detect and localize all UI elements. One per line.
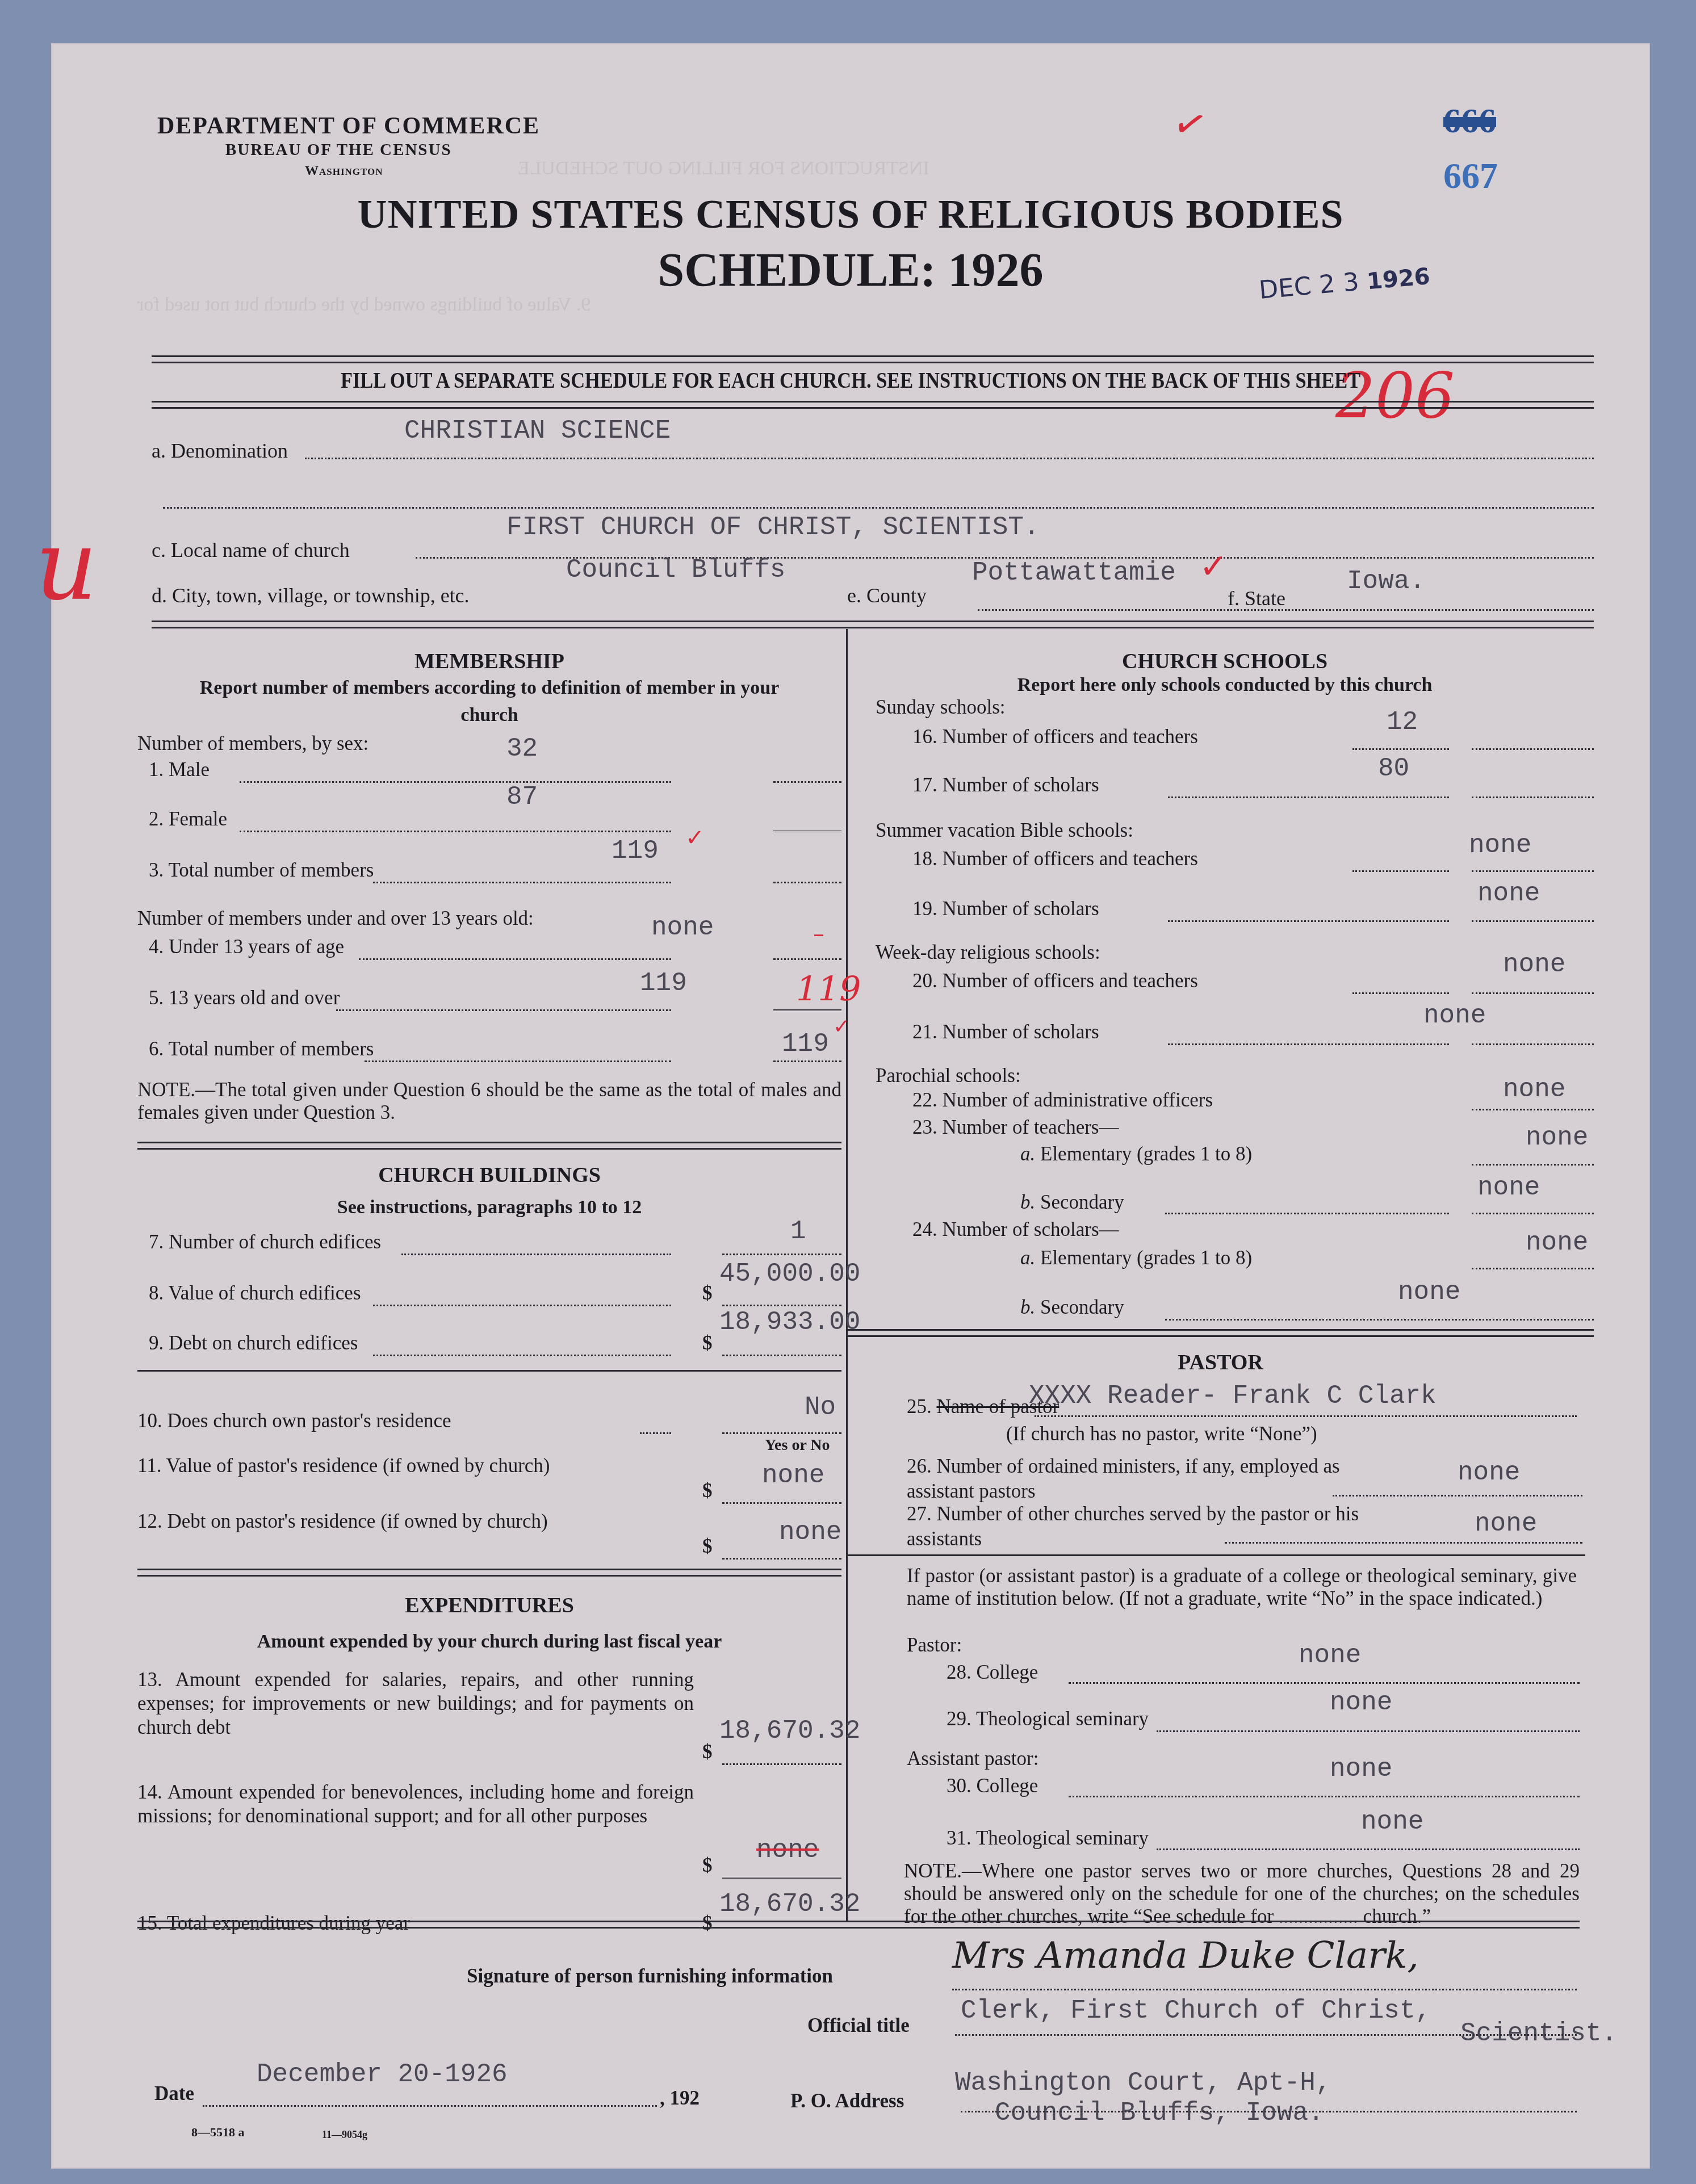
divider xyxy=(137,1921,1580,1929)
parochial-teachers-sec-field[interactable]: none xyxy=(1477,1173,1540,1202)
over13-field[interactable]: 119 xyxy=(640,969,687,998)
by-age-label: Number of members under and over 13 year… xyxy=(137,907,534,930)
signature-label: Signature of person furnishing informati… xyxy=(467,1965,833,1988)
date-field[interactable]: December 20-1926 xyxy=(257,2060,508,2089)
county-field[interactable]: Pottawattamie xyxy=(972,558,1176,588)
leader-dots xyxy=(1168,1043,1449,1045)
school-row-24b: b. Secondary xyxy=(1020,1296,1124,1319)
city-field[interactable]: Council Bluffs xyxy=(566,555,785,585)
residence-row-debt: 12. Debt on pastor's residence (if owned… xyxy=(137,1508,677,1535)
print-code: 11—9054g xyxy=(322,2129,367,2141)
leader-dots xyxy=(1069,1796,1580,1797)
expenditure-row-benevolence: 14. Amount expended for benevolences, in… xyxy=(137,1780,694,1828)
school-row-24: 24. Number of scholars— xyxy=(912,1218,1119,1241)
group-label-weekday: Week-day religious schools: xyxy=(876,941,1100,964)
red-handwritten-119: 119 xyxy=(796,970,861,1009)
dollar-sign: $ xyxy=(702,1535,713,1558)
membership-subtitle: Report number of members according to de… xyxy=(189,674,790,729)
buildings-row-value: 8. Value of church edifices xyxy=(149,1282,361,1305)
red-check-icon: ✓ xyxy=(685,825,705,851)
check-column-line xyxy=(1472,870,1594,872)
education-intro: If pastor (or assistant pastor) is a gra… xyxy=(907,1565,1577,1610)
parochial-scholars-elem-field[interactable]: none xyxy=(1526,1228,1588,1257)
group-label-summer: Summer vacation Bible schools: xyxy=(876,819,1133,842)
school-row-17: 17. Number of scholars xyxy=(912,774,1099,797)
county-label: e. County xyxy=(847,584,927,607)
summer-scholars-field[interactable]: none xyxy=(1477,879,1540,908)
school-row-20: 20. Number of officers and teachers xyxy=(912,970,1198,992)
education-row-29: 29. Theological seminary xyxy=(947,1708,1149,1730)
buildings-subtitle: See instructions, paragraphs 10 to 12 xyxy=(137,1197,841,1218)
page-title: UNITED STATES CENSUS OF RELIGIOUS BODIES xyxy=(52,191,1649,238)
male-count-field[interactable]: 32 xyxy=(506,734,538,764)
po-address-field[interactable]: Washington Court, Apt-H, xyxy=(955,2068,1331,2098)
pastor-title: PASTOR xyxy=(847,1350,1594,1375)
instruction-banner: FILL OUT A SEPARATE SCHEDULE FOR EACH CH… xyxy=(164,367,1537,393)
red-check-icon: ✓ xyxy=(1199,547,1228,586)
check-column-line xyxy=(1472,920,1594,922)
value-line xyxy=(722,1305,841,1306)
parochial-scholars-sec-field[interactable]: none xyxy=(1398,1277,1460,1307)
date-suffix: , 192 xyxy=(660,2087,700,2110)
check-column-line xyxy=(1472,1109,1594,1110)
divider xyxy=(152,621,1594,628)
local-name-field[interactable]: FIRST CHURCH OF CHRIST, SCIENTIST. xyxy=(506,513,1040,542)
schools-subtitle: Report here only schools conducted by th… xyxy=(856,674,1594,696)
school-row-23: 23. Number of teachers— xyxy=(912,1116,1119,1139)
value-line xyxy=(722,1558,841,1560)
check-column-line xyxy=(1472,1213,1594,1214)
leader-dots xyxy=(240,781,671,783)
check-column-line xyxy=(773,882,841,883)
residence-value-field[interactable]: none xyxy=(762,1461,824,1490)
denomination-label: a. Denomination xyxy=(152,439,288,463)
school-row-18: 18. Number of officers and teachers xyxy=(912,848,1198,870)
check-column-line xyxy=(773,958,841,960)
leader-dots xyxy=(240,831,671,832)
leader-dots xyxy=(373,882,671,883)
membership-row-total2: 6. Total number of members xyxy=(149,1038,374,1060)
leader-dots xyxy=(336,1009,671,1011)
official-title-label: Official title xyxy=(807,2014,910,2037)
weekday-scholars-field[interactable]: none xyxy=(1423,1001,1486,1030)
divider xyxy=(137,1142,841,1150)
blank-line xyxy=(163,507,1594,509)
buildings-row-debt: 9. Debt on church edifices xyxy=(149,1332,358,1355)
official-title-field-line2[interactable]: Scientist. xyxy=(1460,2019,1617,2048)
assistant-pastors-field[interactable]: none xyxy=(1458,1458,1520,1487)
female-count-field[interactable]: 87 xyxy=(506,782,538,812)
edifice-count-field[interactable]: 1 xyxy=(790,1217,806,1246)
denomination-field[interactable]: CHRISTIAN SCIENCE xyxy=(404,416,671,446)
membership-title: MEMBERSHIP xyxy=(137,649,841,674)
leader-dots xyxy=(1157,1730,1580,1732)
serial-number-crossed: 666 xyxy=(1443,101,1496,141)
leader-dots xyxy=(1035,1415,1577,1417)
weekday-teachers-field[interactable]: none xyxy=(1503,950,1565,979)
membership-row-total: 3. Total number of members xyxy=(149,859,374,882)
check-column-line xyxy=(773,1060,841,1062)
total-members-field[interactable]: 119 xyxy=(612,836,659,866)
leader-dots xyxy=(1352,992,1449,994)
value-line xyxy=(722,1355,841,1356)
group-label-parochial: Parochial schools: xyxy=(876,1064,1021,1087)
leader-dots xyxy=(1352,748,1449,750)
sunday-scholars-field[interactable]: 80 xyxy=(1378,754,1409,783)
check-column-line xyxy=(1472,797,1594,798)
owns-residence-field[interactable]: No xyxy=(805,1393,836,1422)
assistant-subsection-label: Assistant pastor: xyxy=(907,1747,1038,1770)
leader-dots xyxy=(1333,1495,1582,1496)
pastor-name-field[interactable]: XXXX Reader- Frank C Clark xyxy=(1029,1381,1437,1411)
leader-dots xyxy=(203,2105,657,2107)
check-column-line xyxy=(1472,1268,1594,1269)
dollar-sign: $ xyxy=(702,1332,713,1355)
leader-dots xyxy=(952,1989,1577,1990)
yes-no-hint: Yes or No xyxy=(765,1436,830,1454)
school-row-23b: b. Secondary xyxy=(1020,1191,1124,1214)
check-column-line xyxy=(1472,1164,1594,1166)
state-field[interactable]: Iowa. xyxy=(1347,567,1425,596)
school-row-19: 19. Number of scholars xyxy=(912,898,1099,920)
leader-dots xyxy=(1069,1682,1580,1684)
check-column-line xyxy=(1472,1043,1594,1045)
bleed-through-text: INSTRUCTIONS FOR FILLING OUT SCHEDULE xyxy=(518,158,929,179)
leader-dots xyxy=(373,1355,671,1356)
check-column-line xyxy=(773,1009,841,1011)
department-name: DEPARTMENT OF COMMERCE xyxy=(157,112,540,140)
school-row-23a: a. Elementary (grades 1 to 8) xyxy=(1020,1143,1252,1166)
pastor-college-field[interactable]: none xyxy=(1299,1641,1361,1670)
membership-row-under13: 4. Under 13 years of age xyxy=(149,936,344,958)
divider xyxy=(137,1569,841,1577)
residence-debt-field[interactable]: none xyxy=(779,1518,841,1547)
parochial-officers-field[interactable]: none xyxy=(1503,1075,1565,1104)
school-row-24a: a. Elementary (grades 1 to 8) xyxy=(1020,1247,1252,1269)
local-name-label: c. Local name of church xyxy=(152,538,350,562)
school-row-21: 21. Number of scholars xyxy=(912,1021,1099,1043)
divider xyxy=(137,1370,841,1372)
divider xyxy=(847,1329,1594,1337)
dollar-sign: $ xyxy=(702,1854,713,1877)
pastor-note: NOTE.—Where one pastor serves two or mor… xyxy=(904,1860,1580,1928)
expenditure-row-running: 13. Amount expended for salaries, repair… xyxy=(137,1668,694,1739)
official-title-field[interactable]: Clerk, First Church of Christ, xyxy=(961,1996,1431,2026)
leader-dots xyxy=(1225,1542,1582,1544)
check-column-line xyxy=(773,781,841,783)
other-churches-label: 27. Number of other churches served by t… xyxy=(907,1502,1361,1552)
red-check-icon: ✓ xyxy=(1168,98,1212,151)
leader-dots xyxy=(640,1432,671,1434)
value-line xyxy=(722,1254,841,1255)
red-dash-mark: – xyxy=(813,921,824,948)
membership-row-male: 1. Male xyxy=(149,758,841,781)
membership-note: NOTE.—The total given under Question 6 s… xyxy=(137,1079,841,1124)
leader-dots xyxy=(373,1305,671,1306)
total-members2-field[interactable]: 119 xyxy=(782,1029,829,1059)
dollar-sign: $ xyxy=(702,1282,713,1305)
buildings-row-edifices: 7. Number of church edifices xyxy=(149,1231,381,1254)
total-expenditures-field[interactable]: 18,670.32 xyxy=(719,1889,860,1919)
county-state-line xyxy=(978,609,1594,611)
education-row-28: 28. College xyxy=(947,1661,1038,1684)
leader-dots xyxy=(955,2034,1577,2036)
check-column-line xyxy=(773,831,841,832)
schools-title: CHURCH SCHOOLS xyxy=(856,649,1594,674)
school-row-22: 22. Number of administrative officers xyxy=(912,1089,1213,1112)
value-line xyxy=(722,1432,841,1434)
po-address-field-line2[interactable]: Council Bluffs, Iowa. xyxy=(995,2098,1324,2128)
benevolence-field[interactable]: none xyxy=(756,1835,819,1865)
city-label: d. City, town, village, or township, etc… xyxy=(152,584,470,607)
membership-row-female: 2. Female xyxy=(149,808,227,831)
leader-dots xyxy=(1168,797,1449,798)
edifice-debt-field[interactable]: 18,933.00 xyxy=(719,1307,860,1337)
check-column-line xyxy=(1472,748,1594,750)
under13-field[interactable]: none xyxy=(651,913,714,942)
form-code: 8—5518 a xyxy=(191,2125,245,2140)
leader-dots xyxy=(1168,920,1449,922)
sunday-teachers-field[interactable]: 12 xyxy=(1387,707,1418,737)
education-row-30: 30. College xyxy=(947,1775,1038,1797)
dollar-sign: $ xyxy=(702,1479,713,1502)
edifice-value-field[interactable]: 45,000.00 xyxy=(719,1259,860,1289)
by-sex-label: Number of members, by sex: xyxy=(137,732,368,755)
education-row-31: 31. Theological seminary xyxy=(947,1827,1149,1850)
divider xyxy=(152,355,1594,363)
serial-number: 667 xyxy=(1443,155,1498,197)
leader-dots xyxy=(365,1060,671,1062)
other-churches-field[interactable]: none xyxy=(1475,1509,1537,1539)
bureau-name: BUREAU OF THE CENSUS xyxy=(225,141,452,160)
summer-teachers-field[interactable]: none xyxy=(1469,831,1531,860)
stamp-year: 1926 xyxy=(1366,263,1431,295)
city-name: Washington xyxy=(305,164,383,179)
assistant-seminary-field[interactable]: none xyxy=(1361,1807,1423,1837)
buildings-title: CHURCH BUILDINGS xyxy=(137,1163,841,1188)
leader-dots xyxy=(401,1254,671,1255)
school-row-16: 16. Number of officers and teachers xyxy=(912,726,1198,748)
expenditures-title: EXPENDITURES xyxy=(137,1593,841,1618)
assistant-pastors-label: 26. Number of ordained ministers, if any… xyxy=(907,1454,1361,1504)
running-expenses-field[interactable]: 18,670.32 xyxy=(719,1716,860,1746)
leader-dots xyxy=(1157,1848,1580,1850)
group-label-sunday: Sunday schools: xyxy=(876,696,1005,719)
denomination-line xyxy=(305,458,1594,459)
divider xyxy=(152,401,1594,409)
divider xyxy=(847,1554,1585,1556)
date-label: Date xyxy=(154,2082,194,2105)
residence-row-value: 11. Value of pastor's residence (if owne… xyxy=(137,1452,677,1479)
red-check-icon: ✓ xyxy=(833,1015,850,1038)
expenditures-subtitle: Amount expended by your church during la… xyxy=(137,1631,841,1653)
po-address-label: P. O. Address xyxy=(790,2090,904,2112)
census-schedule-sheet: INSTRUCTIONS FOR FILLING OUT SCHEDULE 9.… xyxy=(52,44,1649,2168)
value-line xyxy=(722,1877,841,1879)
parochial-teachers-elem-field[interactable]: none xyxy=(1526,1123,1588,1152)
pastor-name-hint: (If church has no pastor, write “None”) xyxy=(1006,1423,1317,1445)
state-label: f. State xyxy=(1228,586,1285,610)
leader-dots xyxy=(961,2111,1577,2112)
leader-dots xyxy=(1352,870,1449,872)
leader-dots xyxy=(1165,1213,1449,1214)
pastor-subsection-label: Pastor: xyxy=(907,1634,962,1657)
value-line xyxy=(722,1502,841,1504)
assistant-college-field[interactable]: none xyxy=(1330,1754,1392,1784)
residence-row-owned: 10. Does church own pastor's residence xyxy=(137,1410,451,1432)
signature-field[interactable]: Mrs Amanda Duke Clark, xyxy=(952,1935,1419,1977)
membership-row-13andover: 5. 13 years old and over xyxy=(149,987,340,1009)
dollar-sign: $ xyxy=(702,1741,713,1763)
leader-dots xyxy=(1165,1319,1594,1321)
leader-dots xyxy=(359,958,671,960)
check-column-line xyxy=(1472,992,1594,994)
value-line xyxy=(722,1763,841,1765)
pastor-seminary-field[interactable]: none xyxy=(1330,1688,1392,1717)
red-margin-mark: u xyxy=(35,510,98,622)
